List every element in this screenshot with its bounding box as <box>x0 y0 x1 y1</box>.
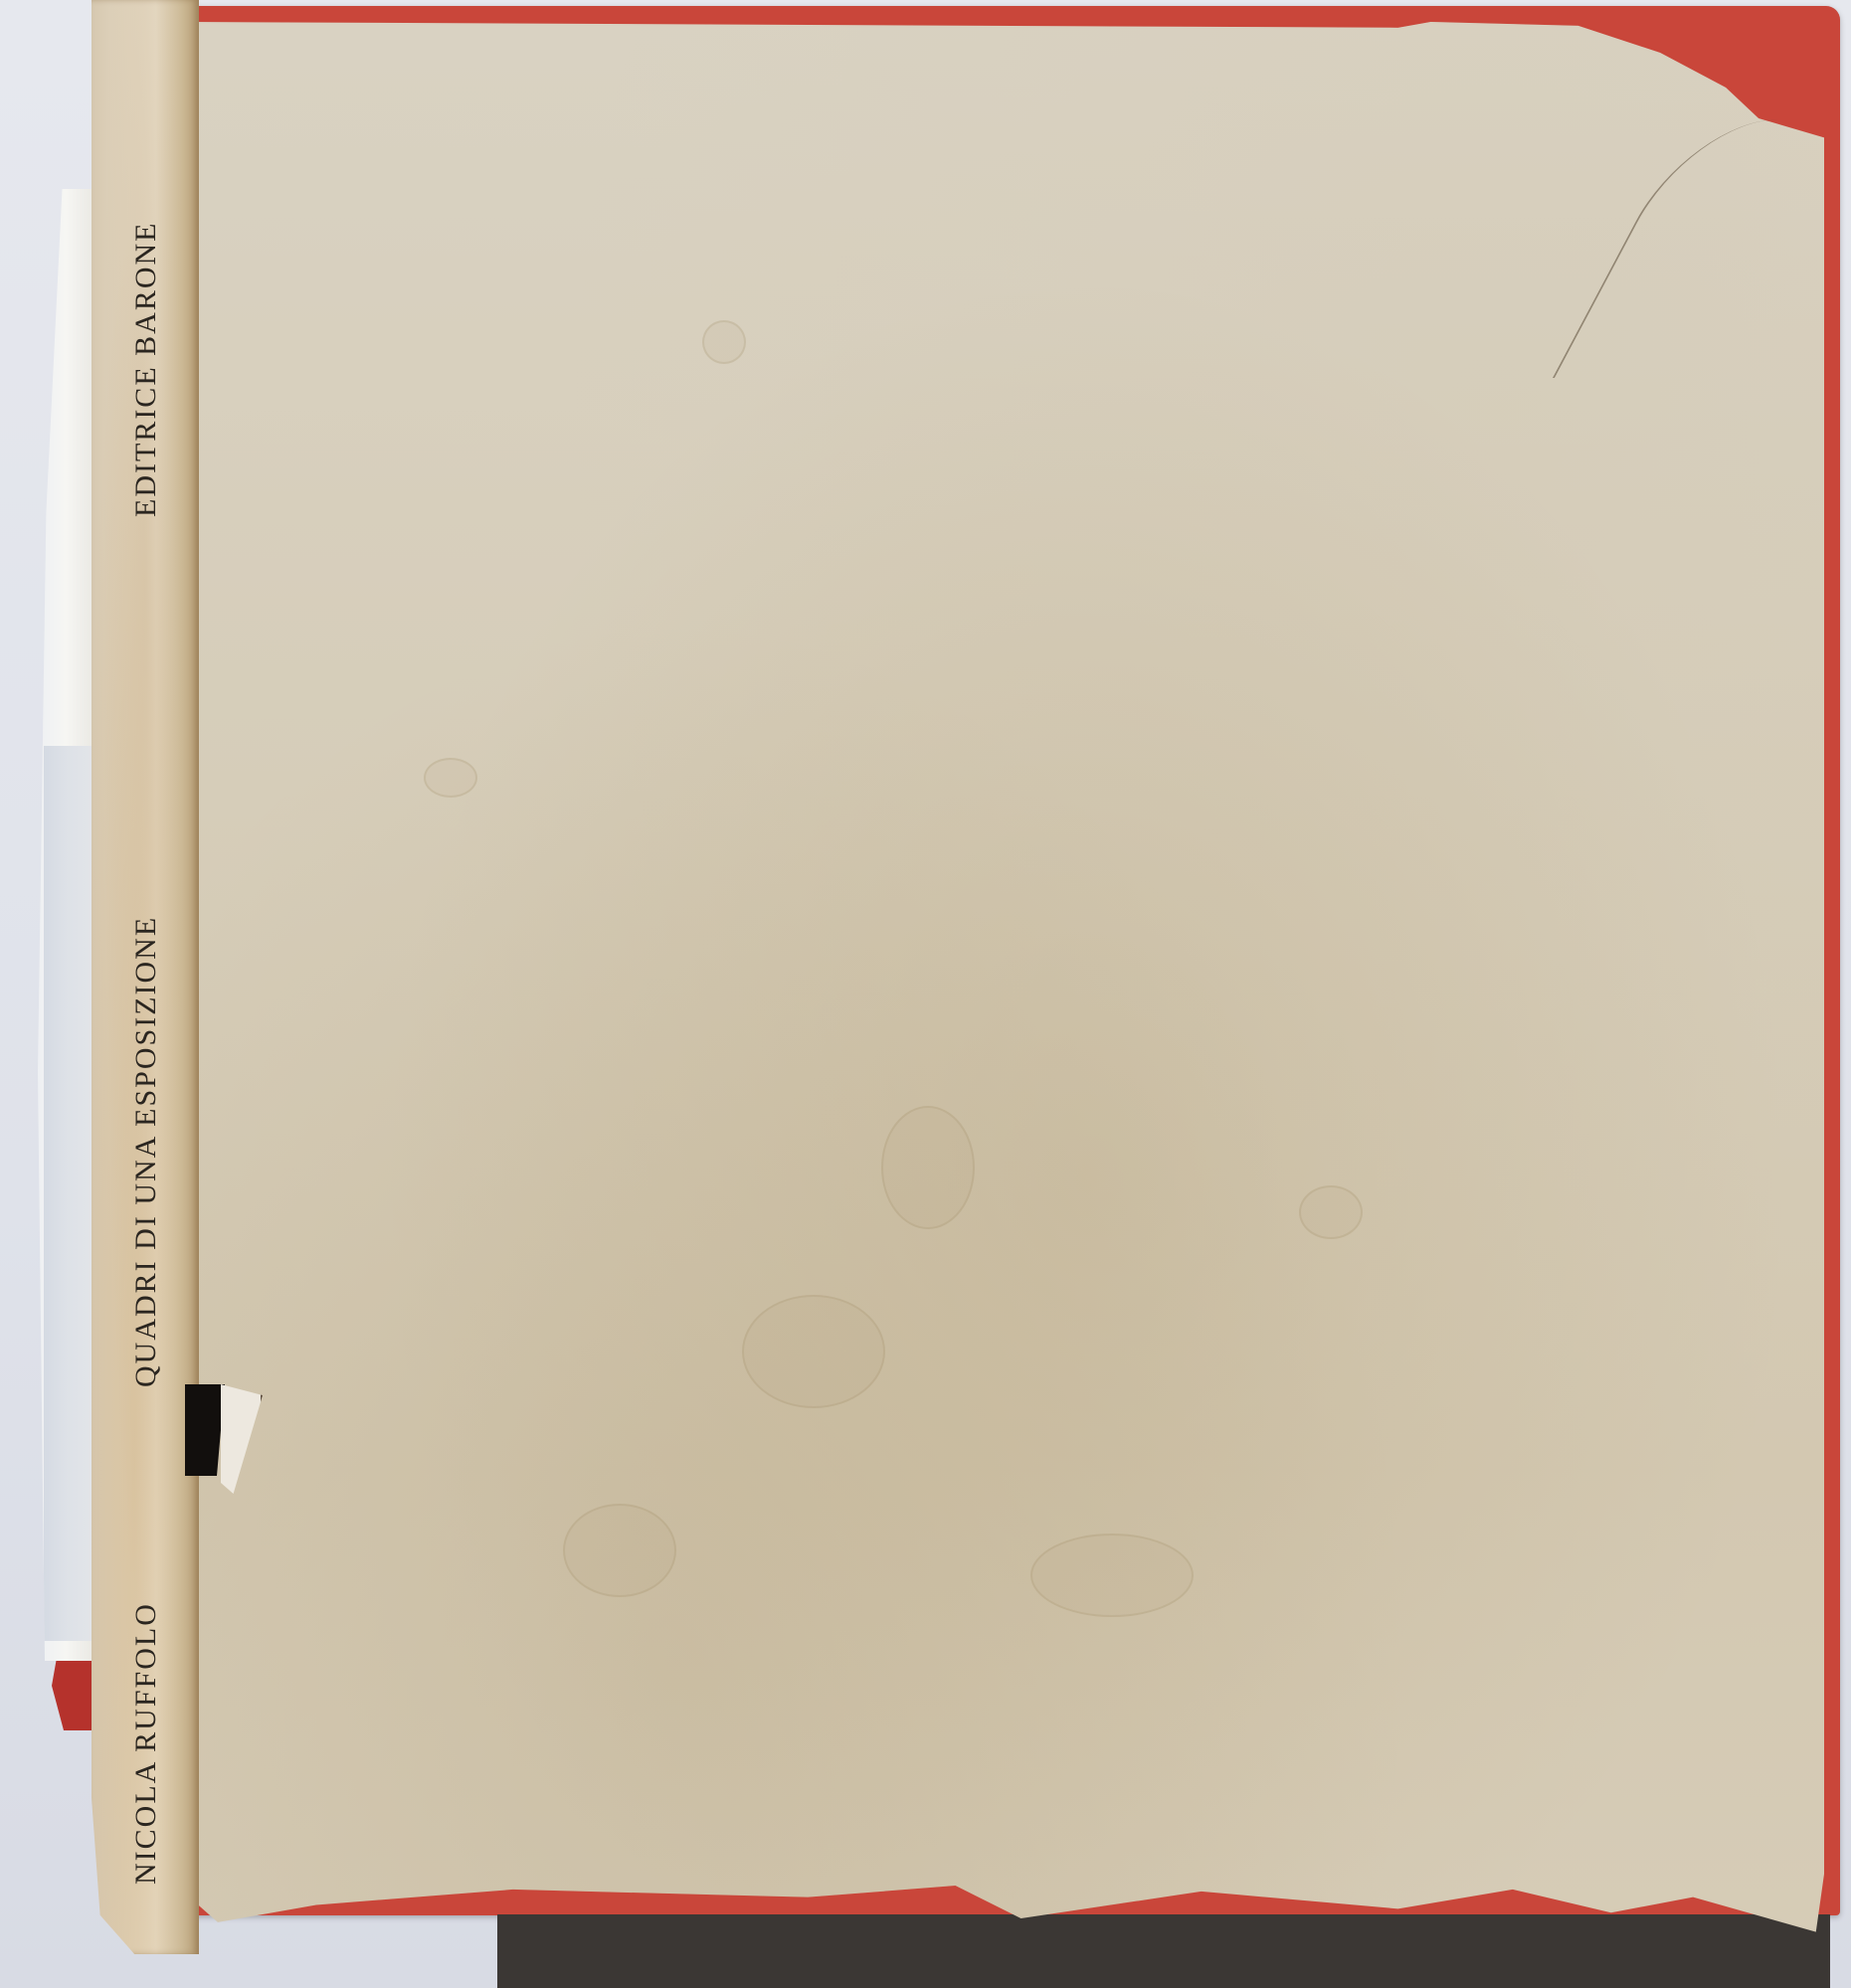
bottom-shadow <box>497 1914 1830 1988</box>
water-stain <box>742 1295 885 1408</box>
spine-publisher: EDITRICE BARONE <box>129 222 163 517</box>
water-stain <box>1299 1185 1363 1239</box>
book-photo: EDITRICE BARONE QUADRI DI UNA ESPOSIZION… <box>0 0 1851 1988</box>
water-stain <box>424 758 477 798</box>
spine-author: NICOLA RUFFOLO <box>129 1602 163 1885</box>
dust-jacket-front-cover <box>185 22 1824 1951</box>
page-edge-shadow <box>44 746 93 1641</box>
water-stain <box>702 320 746 364</box>
spine-title: QUADRI DI UNA ESPOSIZIONE <box>129 916 163 1387</box>
water-stain <box>563 1504 676 1597</box>
water-stain <box>881 1106 975 1229</box>
water-stain <box>1030 1534 1194 1617</box>
dust-jacket-spine: EDITRICE BARONE QUADRI DI UNA ESPOSIZION… <box>92 0 199 1954</box>
